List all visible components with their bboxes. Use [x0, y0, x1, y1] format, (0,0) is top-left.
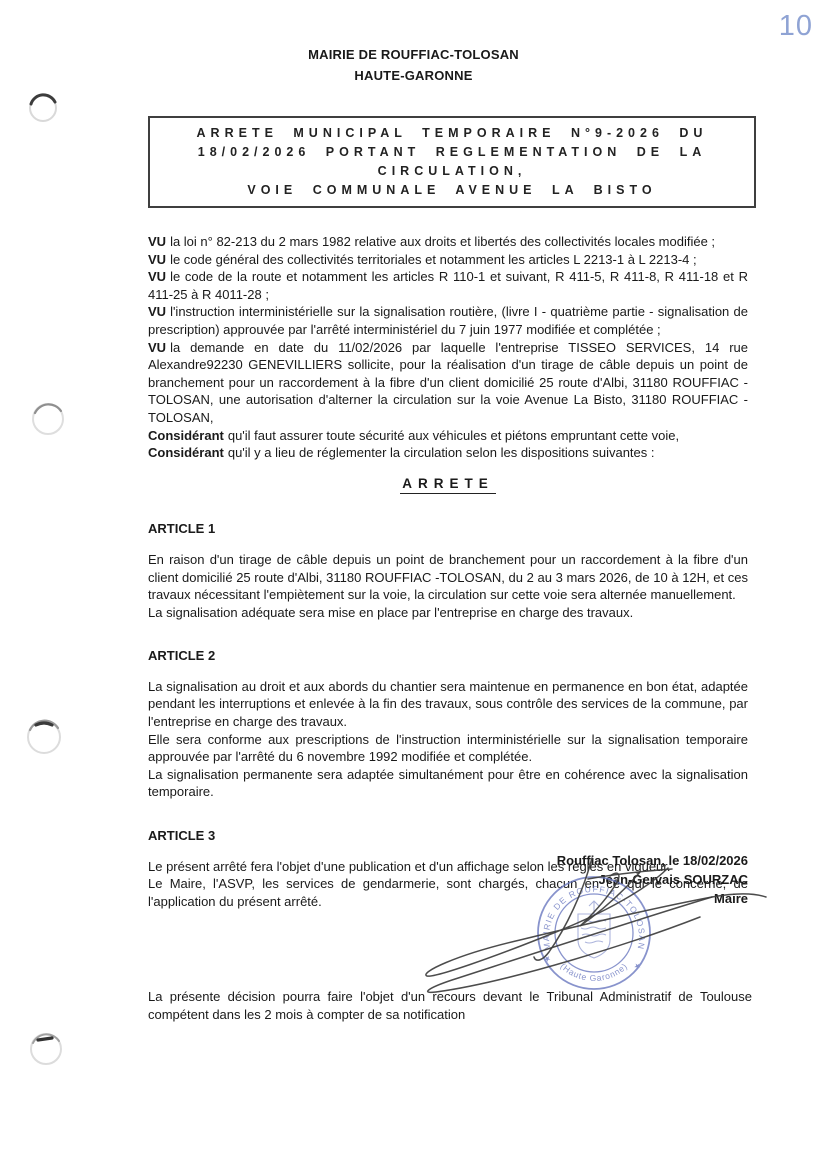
article-3-heading: ARTICLE 3: [148, 827, 748, 845]
title-line: 18/02/2026 PORTANT REGLEMENTATION DE LA: [158, 143, 746, 162]
decree-body: VUla loi n° 82-213 du 2 mars 1982 relati…: [148, 233, 748, 910]
letterhead-commune: MAIRIE DE ROUFFIAC-TOLOSAN: [0, 44, 827, 65]
clause-lead: VU: [148, 269, 166, 284]
svg-text:(Haute Garonne): (Haute Garonne): [558, 961, 629, 983]
document-page: { "page": { "number": "10" }, "header": …: [0, 0, 827, 1169]
preamble-clause: VUl'instruction interministérielle sur l…: [148, 303, 748, 338]
stamp-star-right: ★: [632, 960, 643, 972]
preamble-clause: Considérantqu'il faut assurer toute sécu…: [148, 427, 748, 445]
arrete-heading: ARRETE: [148, 475, 748, 495]
preamble: VUla loi n° 82-213 du 2 mars 1982 relati…: [148, 233, 748, 462]
hole-punch-icon: [28, 721, 60, 753]
clause-lead: VU: [148, 252, 166, 267]
clause-text: qu'il faut assurer toute sécurité aux vé…: [228, 428, 679, 443]
letterhead: MAIRIE DE ROUFFIAC-TOLOSAN HAUTE-GARONNE: [0, 44, 827, 86]
clause-lead: VU: [148, 340, 166, 355]
appeal-notice: La présente décision pourra faire l'obje…: [148, 988, 752, 1023]
signature-block: Rouffiac Tolosan, le 18/02/2026 Jean-Ger…: [148, 851, 748, 908]
page-number: 10: [779, 10, 813, 43]
article-1-body: En raison d'un tirage de câble depuis un…: [148, 551, 748, 621]
preamble-clause: Considérantqu'il y a lieu de réglementer…: [148, 444, 748, 462]
article-paragraph: Elle sera conforme aux prescriptions de …: [148, 731, 748, 766]
stamp-star-left: ★: [542, 953, 553, 965]
clause-lead: Considérant: [148, 445, 224, 460]
clause-lead: VU: [148, 304, 166, 319]
letterhead-department: HAUTE-GARONNE: [0, 65, 827, 86]
preamble-clause: VUla loi n° 82-213 du 2 mars 1982 relati…: [148, 233, 748, 251]
article-paragraph: La signalisation adéquate sera mise en p…: [148, 604, 748, 622]
article-paragraph: En raison d'un tirage de câble depuis un…: [148, 551, 748, 604]
article-1-heading: ARTICLE 1: [148, 520, 748, 538]
clause-lead: Considérant: [148, 428, 224, 443]
preamble-clause: VUla demande en date du 11/02/2026 par l…: [148, 339, 748, 427]
preamble-clause: VUle code de la route et notamment les a…: [148, 268, 748, 303]
decree-title-box: ARRETE MUNICIPAL TEMPORAIRE N°9-2026 DU …: [148, 116, 756, 208]
hole-punch-icon: [31, 1034, 61, 1064]
title-line: CIRCULATION,: [158, 162, 746, 181]
clause-text: la demande en date du 11/02/2026 par laq…: [148, 340, 748, 425]
clause-lead: VU: [148, 234, 166, 249]
article-paragraph: La signalisation permanente sera adaptée…: [148, 766, 748, 801]
hole-punch-icon: [33, 404, 63, 434]
clause-text: qu'il y a lieu de réglementer la circula…: [228, 445, 655, 460]
signature-place-date: Rouffiac Tolosan, le 18/02/2026: [148, 851, 748, 870]
article-2-body: La signalisation au droit et aux abords …: [148, 678, 748, 801]
article-paragraph: La signalisation au droit et aux abords …: [148, 678, 748, 731]
article-2-heading: ARTICLE 2: [148, 647, 748, 665]
hole-punch-icon: [30, 95, 56, 121]
preamble-clause: VUle code général des collectivités terr…: [148, 251, 748, 269]
stamp-bottom-text: (Haute Garonne): [558, 961, 629, 983]
signature-name: Jean-Gervais SOURZAC: [148, 870, 748, 889]
title-line: ARRETE MUNICIPAL TEMPORAIRE N°9-2026 DU: [158, 124, 746, 143]
clause-text: l'instruction interministérielle sur la …: [148, 304, 748, 337]
clause-text: le code général des collectivités territ…: [170, 252, 697, 267]
clause-text: la loi n° 82-213 du 2 mars 1982 relative…: [170, 234, 715, 249]
signature-role: Maire: [148, 889, 748, 908]
title-line: VOIE COMMUNALE AVENUE LA BISTO: [158, 181, 746, 200]
clause-text: le code de la route et notamment les art…: [148, 269, 748, 302]
